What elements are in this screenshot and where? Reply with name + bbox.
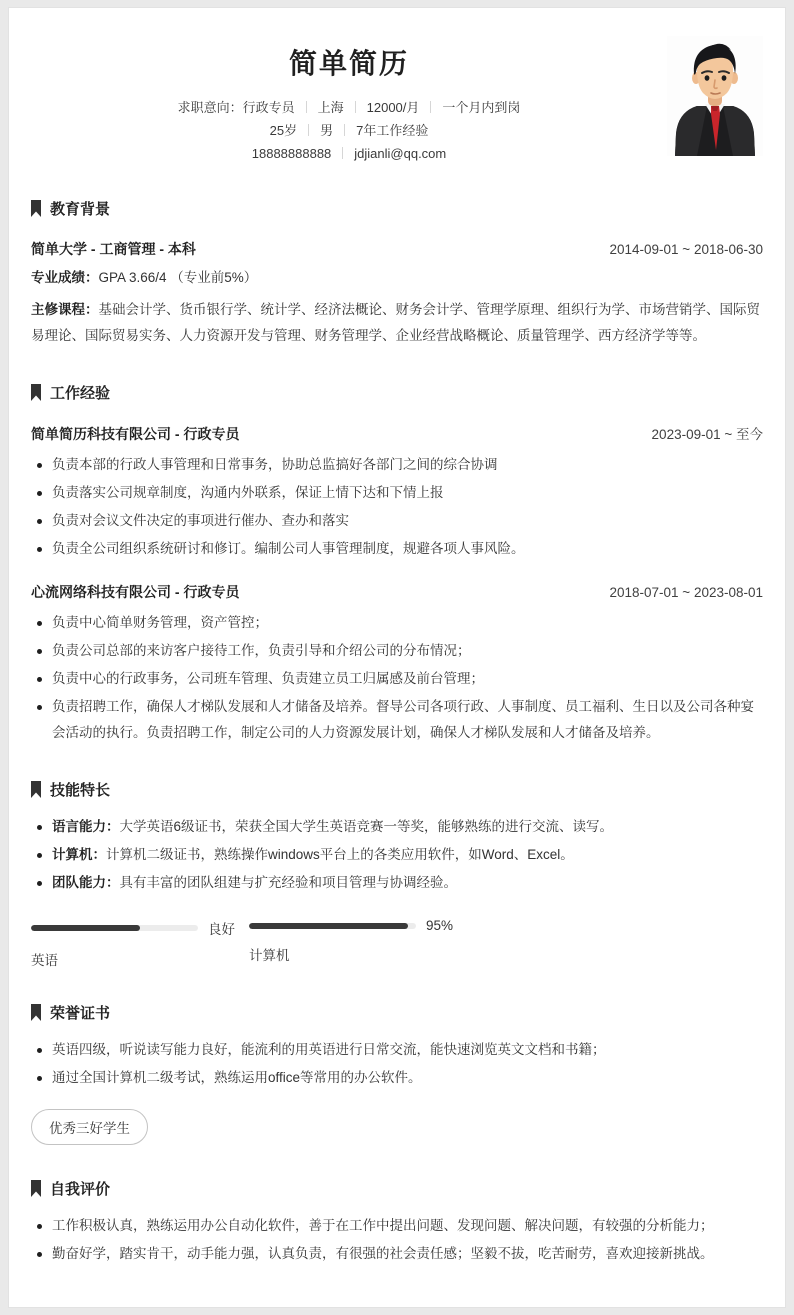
- job-duty: 负责中心的行政事务，公司班车管理、负责建立员工归属感及前台管理；: [31, 666, 763, 692]
- skill-bar-track: [249, 923, 416, 929]
- job-duties-list: 负责本部的行政人事管理和日常事务，协助总监搞好各部门之间的综合协调 负责落实公司…: [31, 452, 763, 562]
- age: 25岁: [270, 123, 297, 138]
- section-title: 技能特长: [50, 779, 110, 800]
- availability: 一个月内到岗: [442, 100, 520, 115]
- skill-bar-line: 95%: [249, 918, 467, 933]
- skill-bar-name: 英语: [31, 949, 249, 969]
- separator: [430, 101, 431, 113]
- skill-label: 语言能力：: [52, 819, 120, 834]
- page-title: 简单简历: [31, 42, 667, 82]
- bookmark-icon: [31, 1004, 41, 1021]
- courses-line: 主修课程：基础会计学、货币银行学、统计学、经济法概论、财务会计学、管理学原理、组…: [31, 297, 763, 349]
- section-honors: 荣誉证书 英语四级，听说读写能力良好，能流利的用英语进行日常交流，能快速浏览英文…: [31, 1002, 763, 1145]
- personal-info-line: 25岁男7年工作经验: [31, 119, 667, 142]
- section-header-skills: 技能特长: [31, 779, 763, 800]
- section-title: 自我评价: [50, 1178, 110, 1199]
- job-date-range: 2018-07-01 ~ 2023-08-01: [610, 585, 764, 600]
- section-header-self-evaluation: 自我评价: [31, 1178, 763, 1199]
- skill-bars-row: 良好 英语 95% 计算机: [31, 918, 763, 969]
- gpa-label: 专业成绩：: [31, 270, 99, 285]
- separator: [342, 147, 343, 159]
- skill-item: 团队能力：具有丰富的团队组建与扩充经验和项目管理与协调经验。: [31, 870, 763, 896]
- header-center: 简单简历 求职意向：行政专员上海12000/月一个月内到岗 25岁男7年工作经验…: [31, 34, 667, 165]
- resume-header: 简单简历 求职意向：行政专员上海12000/月一个月内到岗 25岁男7年工作经验…: [31, 34, 763, 165]
- separator: [344, 124, 345, 136]
- skill-label: 计算机：: [52, 847, 106, 862]
- separator: [306, 101, 307, 113]
- skill-label: 团队能力：: [52, 875, 120, 890]
- job-duties-list: 负责中心简单财务管理，资产管控； 负责公司总部的来访客户接待工作，负责引导和介绍…: [31, 610, 763, 746]
- skill-bar-fill: [31, 925, 140, 931]
- self-evaluation-item: 工作积极认真，熟练运用办公自动化软件，善于在工作中提出问题、发现问题、解决问题，…: [31, 1213, 763, 1239]
- avatar-illustration: [667, 36, 763, 156]
- section-title: 荣誉证书: [50, 1002, 110, 1023]
- section-title: 工作经验: [50, 382, 110, 403]
- separator: [308, 124, 309, 136]
- skill-text: 具有丰富的团队组建与扩充经验和项目管理与协调经验。: [120, 875, 458, 890]
- job-entry-row: 心流网络科技有限公司 - 行政专员 2018-07-01 ~ 2023-08-0…: [31, 582, 763, 602]
- section-work: 工作经验 简单简历科技有限公司 - 行政专员 2023-09-01 ~ 至今 负…: [31, 382, 763, 746]
- job-duty: 负责中心简单财务管理，资产管控；: [31, 610, 763, 636]
- job-duty: 负责招聘工作，确保人才梯队发展和人才储备及培养。督导公司各项行政、人事制度、员工…: [31, 694, 763, 746]
- section-self-evaluation: 自我评价 工作积极认真，熟练运用办公自动化软件，善于在工作中提出问题、发现问题、…: [31, 1178, 763, 1267]
- gpa-line: 专业成绩：GPA 3.66/4 （专业前5%）: [31, 265, 763, 291]
- contact-info-line: 18888888888jdjianli@qq.com: [31, 142, 667, 165]
- job-entry-row: 简单简历科技有限公司 - 行政专员 2023-09-01 ~ 至今: [31, 423, 763, 444]
- skill-bar-fill: [249, 923, 408, 929]
- phone-number: 18888888888: [252, 146, 332, 161]
- job-date-range: 2023-09-01 ~ 至今: [652, 423, 763, 443]
- section-header-education: 教育背景: [31, 198, 763, 219]
- resume-page: 简单简历 求职意向：行政专员上海12000/月一个月内到岗 25岁男7年工作经验…: [8, 7, 786, 1308]
- gender: 男: [320, 123, 333, 138]
- courses-label: 主修课程：: [31, 302, 99, 317]
- courses-text: 基础会计学、货币银行学、统计学、经济法概论、财务会计学、管理学原理、组织行为学、…: [31, 302, 760, 343]
- job-duty: 负责对会议文件决定的事项进行催办、查办和落实: [31, 508, 763, 534]
- company-position: 心流网络科技有限公司 - 行政专员: [31, 582, 239, 602]
- skills-list: 语言能力：大学英语6级证书，荣获全国大学生英语竞赛一等奖，能够熟练的进行交流、读…: [31, 814, 763, 896]
- skill-bar-level: 95%: [426, 918, 453, 933]
- education-date-range: 2014-09-01 ~ 2018-06-30: [610, 242, 764, 257]
- self-evaluation-item: 勤奋好学，踏实肯干，动手能力强，认真负责，有很强的社会责任感；坚毅不拔，吃苦耐劳…: [31, 1241, 763, 1267]
- job-duty: 负责公司总部的来访客户接待工作，负责引导和介绍公司的分布情况；: [31, 638, 763, 664]
- honor-tag-chip: 优秀三好学生: [31, 1109, 148, 1145]
- section-header-honors: 荣誉证书: [31, 1002, 763, 1023]
- company-position: 简单简历科技有限公司 - 行政专员: [31, 424, 239, 444]
- skill-text: 计算机二级证书，熟练操作windows平台上的各类应用软件，如Word、Exce…: [106, 847, 574, 862]
- skill-bar-group: 95% 计算机: [249, 918, 467, 969]
- section-education: 教育背景 简单大学 - 工商管理 - 本科 2014-09-01 ~ 2018-…: [31, 198, 763, 349]
- self-evaluation-list: 工作积极认真，熟练运用办公自动化软件，善于在工作中提出问题、发现问题、解决问题，…: [31, 1213, 763, 1267]
- bookmark-icon: [31, 384, 41, 401]
- bookmark-icon: [31, 200, 41, 217]
- salary: 12000/月: [367, 100, 420, 115]
- honor-item: 英语四级，听说读写能力良好，能流利的用英语进行日常交流，能快速浏览英文文档和书籍…: [31, 1037, 763, 1063]
- honors-list: 英语四级，听说读写能力良好，能流利的用英语进行日常交流，能快速浏览英文文档和书籍…: [31, 1037, 763, 1091]
- skill-bar-level: 良好: [208, 918, 235, 938]
- skill-bar-name: 计算机: [249, 944, 467, 964]
- skill-bar-group: 良好 英语: [31, 918, 249, 969]
- experience-years: 7年工作经验: [356, 123, 428, 138]
- honor-item: 通过全国计算机二级考试，熟练运用office等常用的办公软件。: [31, 1065, 763, 1091]
- education-entry-row: 简单大学 - 工商管理 - 本科 2014-09-01 ~ 2018-06-30: [31, 239, 763, 259]
- job-intent: 求职意向：行政专员: [178, 100, 295, 115]
- school-degree: 简单大学 - 工商管理 - 本科: [31, 239, 196, 259]
- skill-text: 大学英语6级证书，荣获全国大学生英语竞赛一等奖，能够熟练的进行交流、读写。: [120, 819, 614, 834]
- job-intent-line: 求职意向：行政专员上海12000/月一个月内到岗: [31, 96, 667, 119]
- job-duty: 负责全公司组织系统研讨和修订。编制公司人事管理制度，规避各项人事风险。: [31, 536, 763, 562]
- email-address: jdjianli@qq.com: [354, 146, 446, 161]
- job-duty: 负责落实公司规章制度，沟通内外联系，保证上情下达和下情上报: [31, 480, 763, 506]
- separator: [355, 101, 356, 113]
- skill-item: 语言能力：大学英语6级证书，荣获全国大学生英语竞赛一等奖，能够熟练的进行交流、读…: [31, 814, 763, 840]
- section-header-work: 工作经验: [31, 382, 763, 403]
- bookmark-icon: [31, 781, 41, 798]
- skill-item: 计算机：计算机二级证书，熟练操作windows平台上的各类应用软件，如Word、…: [31, 842, 763, 868]
- skill-bar-line: 良好: [31, 918, 249, 938]
- skill-bar-track: [31, 925, 198, 931]
- job-duty: 负责本部的行政人事管理和日常事务，协助总监搞好各部门之间的综合协调: [31, 452, 763, 478]
- city: 上海: [318, 100, 344, 115]
- gpa-value: GPA 3.66/4 （专业前5%）: [99, 270, 258, 285]
- bookmark-icon: [31, 1180, 41, 1197]
- section-title: 教育背景: [50, 198, 110, 219]
- profile-photo: [667, 36, 763, 156]
- section-skills: 技能特长 语言能力：大学英语6级证书，荣获全国大学生英语竞赛一等奖，能够熟练的进…: [31, 779, 763, 969]
